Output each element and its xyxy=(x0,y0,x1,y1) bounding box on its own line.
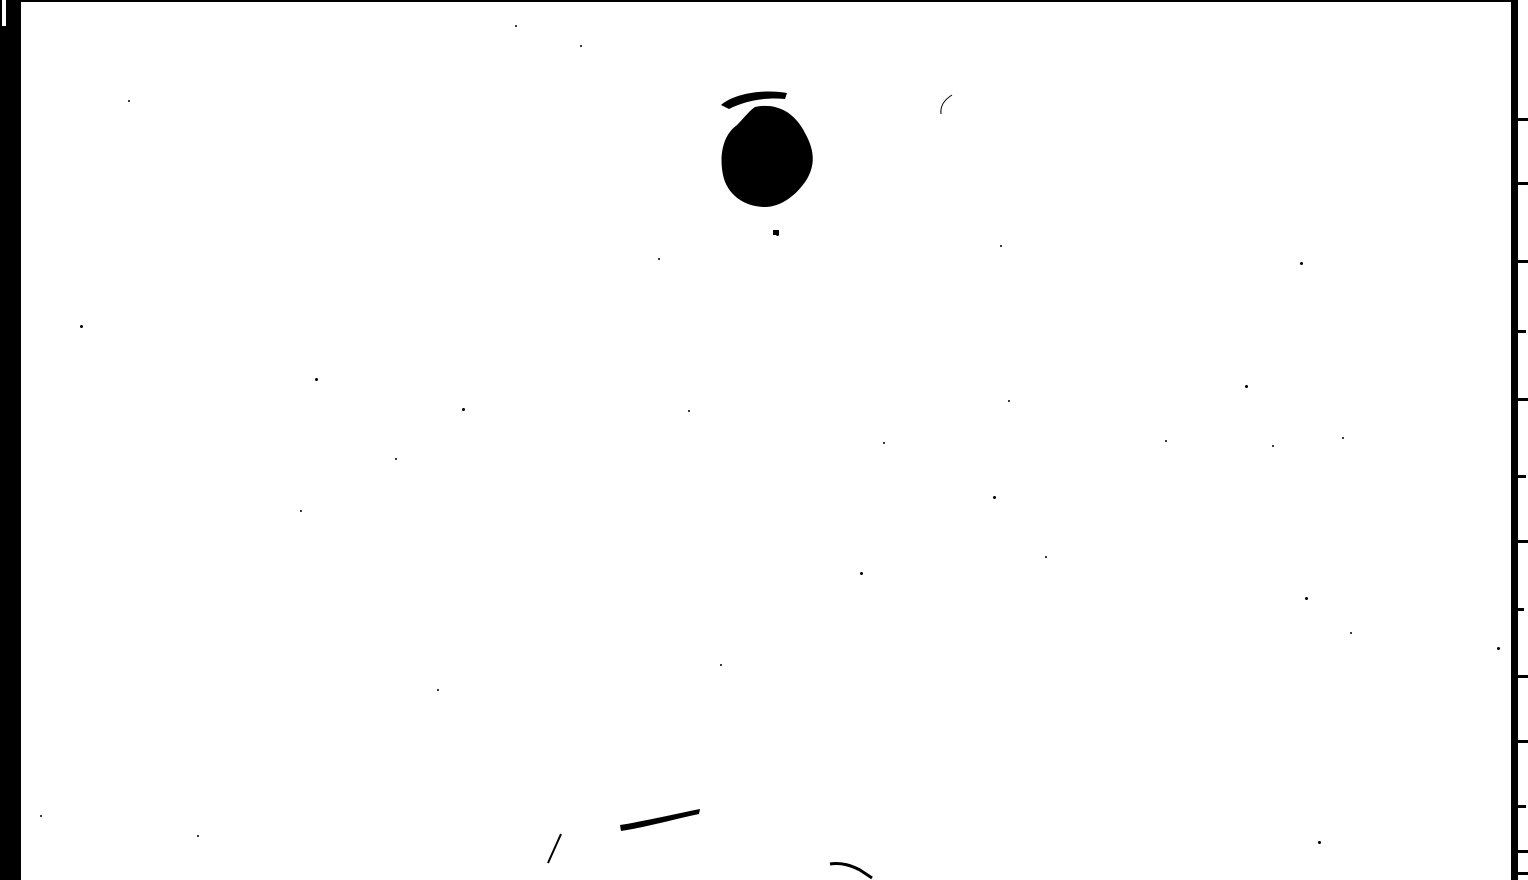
scan-speck xyxy=(1305,597,1308,600)
scan-speck xyxy=(1245,385,1248,388)
scan-speck xyxy=(1272,445,1274,447)
ruler-tick xyxy=(1518,260,1528,263)
ruler-tick xyxy=(1518,118,1528,121)
scan-speck xyxy=(197,835,199,837)
scan-speck xyxy=(720,664,722,666)
ink-blot xyxy=(715,85,825,240)
scan-speck xyxy=(300,510,302,512)
scan-speck xyxy=(776,233,779,236)
ink-scratch xyxy=(545,832,565,866)
scan-speck xyxy=(437,689,439,691)
ink-scratch xyxy=(828,858,878,880)
ruler-tick xyxy=(1518,805,1526,808)
ruler-tick xyxy=(1518,398,1528,401)
scan-speck xyxy=(1008,400,1010,402)
scan-speck xyxy=(1045,556,1047,558)
scan-speck xyxy=(1165,440,1167,442)
right-scan-border xyxy=(1511,0,1518,880)
scanned-page xyxy=(0,0,1528,880)
scan-speck xyxy=(395,458,397,460)
ruler-tick xyxy=(1518,540,1528,543)
scan-speck xyxy=(1000,245,1002,247)
ruler-tick xyxy=(1518,330,1526,333)
scan-speck xyxy=(993,496,996,499)
scan-speck xyxy=(1497,647,1500,650)
scan-speck xyxy=(515,25,517,27)
ruler-tick xyxy=(1518,475,1526,478)
scan-speck xyxy=(315,378,318,381)
scan-speck xyxy=(1342,437,1344,439)
ruler-tick xyxy=(1518,872,1528,875)
top-scan-edge xyxy=(21,0,1511,2)
scan-speck xyxy=(860,572,863,575)
scan-speck xyxy=(1300,262,1303,265)
scan-speck xyxy=(80,325,83,328)
ruler-tick xyxy=(1518,850,1528,853)
scan-speck xyxy=(1318,841,1321,844)
scan-speck xyxy=(688,410,690,412)
ruler-tick xyxy=(1518,182,1528,185)
ruler-tick xyxy=(1518,608,1524,611)
ink-scratch xyxy=(936,92,956,118)
scan-speck xyxy=(883,442,885,444)
scan-speck xyxy=(658,258,660,260)
scan-speck xyxy=(462,408,465,411)
ruler-tick xyxy=(1518,675,1528,678)
ruler-tick xyxy=(1518,740,1528,743)
scan-speck xyxy=(1350,632,1352,634)
left-border-notch xyxy=(2,0,6,26)
left-scan-border xyxy=(0,0,21,880)
ink-streak xyxy=(615,805,705,835)
scan-speck xyxy=(40,815,42,817)
scan-speck xyxy=(580,45,582,47)
scan-speck xyxy=(128,100,130,102)
